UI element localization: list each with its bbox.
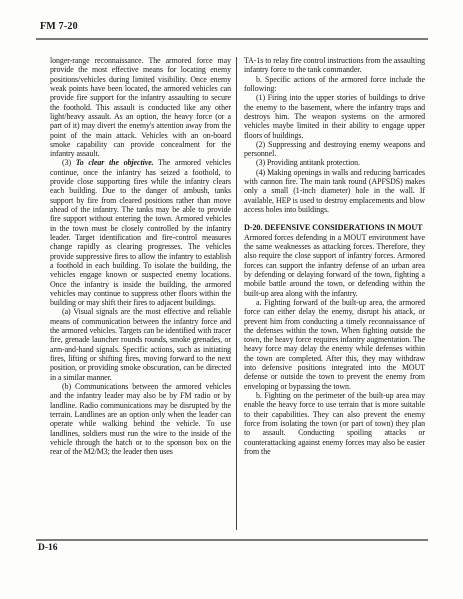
page-header: FM 7-20: [40, 21, 78, 32]
page-number: D-16: [38, 543, 58, 553]
paragraph: (4) Making openings in walls and reducin…: [244, 168, 425, 215]
paragraph: (b) Communications between the armored v…: [50, 382, 231, 457]
left-column: longer-range reconnaissance. The armored…: [50, 56, 231, 456]
paragraph: Armored forces defending in a MOUT envir…: [244, 233, 425, 298]
paragraph: b. Fighting on the perimeter of the buil…: [244, 391, 425, 456]
footer-rule: [36, 539, 428, 541]
paragraph: (3) Providing antitank protection.: [244, 158, 425, 167]
column-divider: [236, 57, 237, 530]
text-run: The armored vehicles continue, once the …: [50, 158, 231, 307]
document-page: FM 7-20 longer-range reconnaissance. The…: [0, 0, 463, 599]
text-columns: longer-range reconnaissance. The armored…: [50, 56, 425, 456]
section-heading: D-20. DEFENSIVE CONSIDERATIONS IN MOUT: [244, 223, 425, 232]
page-footer: D-16: [38, 543, 58, 553]
text-run: (3): [62, 158, 76, 167]
right-column: TA-1s to relay fire control instructions…: [244, 56, 425, 456]
paragraph: (2) Suppressing and destroying enemy wea…: [244, 140, 425, 159]
paragraph: (3) To clear the objective. The armored …: [50, 158, 231, 307]
paragraph: a. Fighting forward of the built-up area…: [244, 298, 425, 391]
header-rule: [36, 38, 428, 40]
paragraph: (1) Firing into the upper stories of bui…: [244, 93, 425, 140]
header-title: FM 7-20: [40, 21, 78, 32]
paragraph: b. Specific actions of the armored force…: [244, 75, 425, 94]
paragraph: TA-1s to relay fire control instructions…: [244, 56, 425, 75]
paragraph: longer-range reconnaissance. The armored…: [50, 56, 231, 158]
emphasized-run: To clear the objective.: [76, 158, 154, 167]
paragraph: (a) Visual signals are the most effectiv…: [50, 307, 231, 382]
